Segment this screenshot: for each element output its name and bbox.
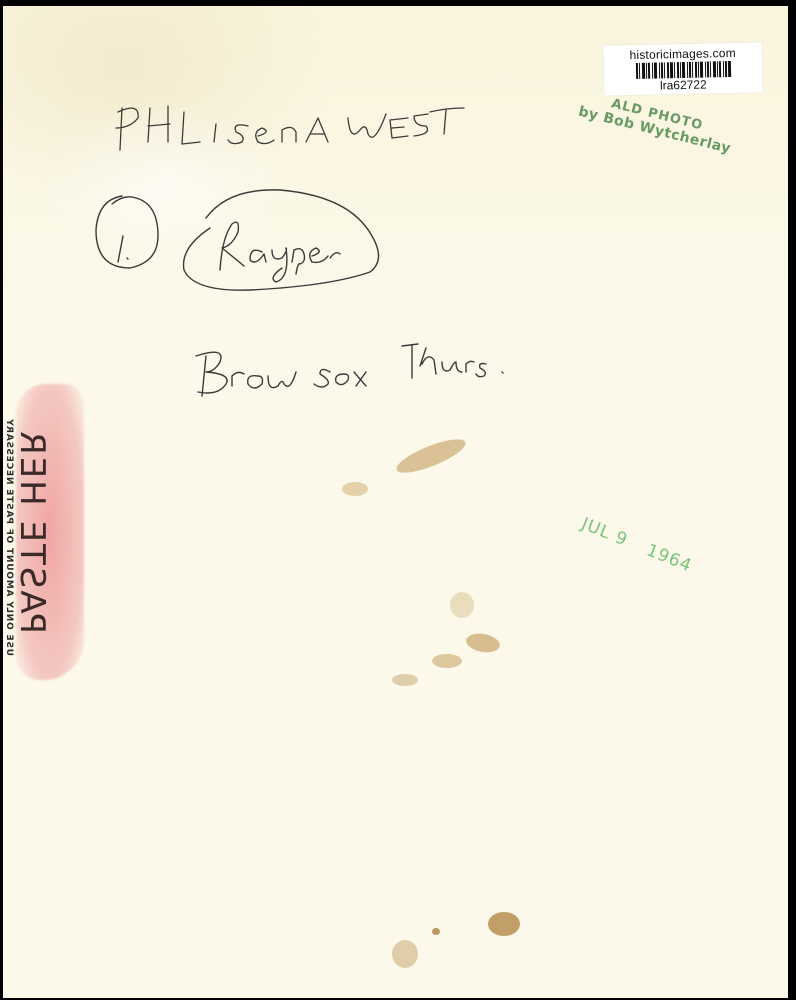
stain-mark [392,674,418,686]
stain-mark [450,592,474,618]
label-code-text: lra62722 [604,76,762,93]
paste-instruction-text: USE ONLY AMOUNT OF PASTE NECESSARY [4,418,14,656]
stain-mark [432,654,462,668]
archive-barcode-label: historicimages.com lra62722 [603,42,762,95]
photo-back-paper [3,6,788,998]
stain-mark [432,928,440,935]
paste-here-stamp-text: PASTE HER [12,384,52,634]
barcode-icon [624,61,742,79]
stain-mark [392,940,418,968]
stain-mark [488,912,520,936]
stain-mark [342,482,368,496]
